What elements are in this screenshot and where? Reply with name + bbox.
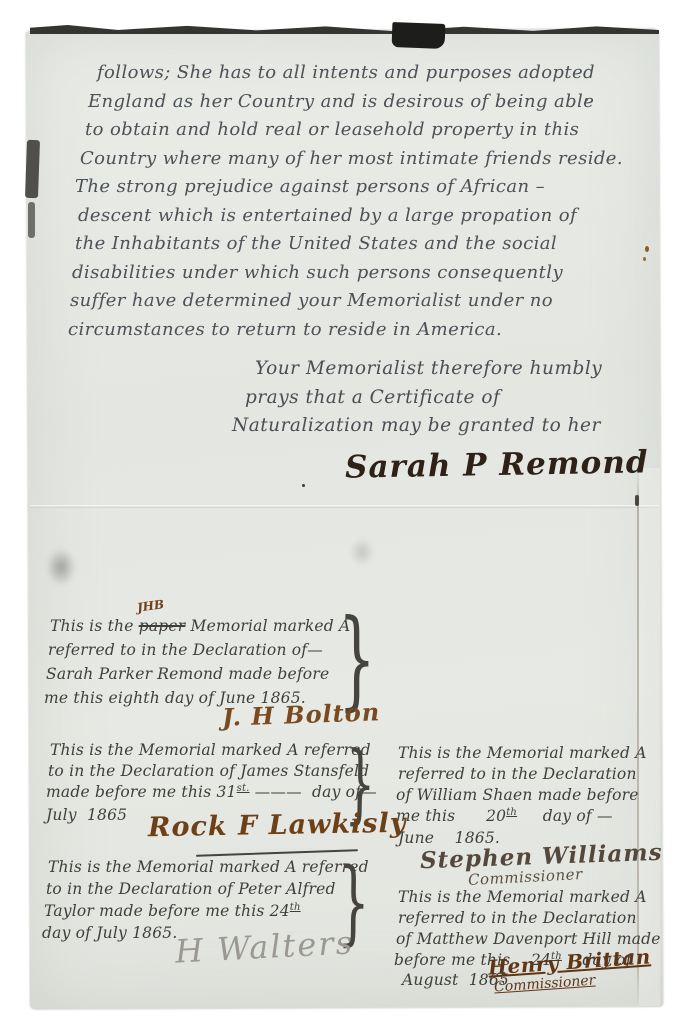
attestation-shaen-line1: This is the Memorial marked A: [398, 744, 647, 762]
attestation-text: Taylor made before me this: [44, 902, 270, 920]
attestation-bolton-line3: Sarah Parker Remond made before: [46, 665, 329, 683]
horizontal-fold-crease: [30, 505, 659, 508]
left-edge-tear-mark: [25, 140, 40, 198]
memorial-body-line: descent which is entertained by a large …: [78, 205, 577, 226]
memorial-body-line: suffer have determined your Memorialist …: [70, 290, 553, 311]
paper-speck: [643, 257, 646, 261]
attestation-text: Memorial marked A: [185, 617, 350, 635]
attestation-stansfeld-line2: to in the Declaration of James Stansfeld: [48, 762, 369, 780]
day-ordinal: th: [506, 807, 517, 818]
torn-top-edge: [30, 25, 659, 34]
attestation-bolton-line1: This is the paper Memorial marked A: [50, 617, 350, 635]
attestation-hill-line2: referred to in the Declaration: [398, 909, 637, 927]
signature-commissioner-stansfeld: Rock F Lawkisly: [148, 808, 407, 844]
attestation-stansfeld-line1: This is the Memorial marked A referred: [50, 741, 371, 759]
day-number: 31: [216, 783, 236, 801]
memorial-body-line: England as her Country and is desirous o…: [88, 91, 594, 112]
paper-speck: [645, 246, 649, 252]
memorial-body-line: Country where many of her most intimate …: [80, 148, 623, 169]
ink-dot: [302, 484, 305, 487]
memorial-prayer-line: Your Memorialist therefore humbly: [255, 358, 602, 379]
memorial-body-line: follows; She has to all intents and purp…: [97, 62, 595, 83]
attestation-shaen-line3: of William Shaen made before: [396, 786, 639, 804]
day-number: 20: [486, 807, 506, 825]
left-edge-tear-mark-small: [28, 202, 35, 238]
day-ordinal: st.: [237, 783, 250, 794]
attestation-taylor-line1: This is the Memorial marked A referred: [48, 858, 369, 876]
memorial-prayer-line: Naturalization may be granted to her: [232, 415, 601, 436]
signature-bolton: J. H Bolton: [222, 697, 381, 732]
memorial-body-line: the Inhabitants of the United States and…: [75, 233, 557, 254]
attestation-taylor-line4: day of July 1865.: [42, 924, 177, 942]
attestation-text: This is the: [50, 617, 139, 635]
torn-top-notch: [392, 22, 446, 49]
attestation-shaen-line4: me this 20th day of —: [396, 807, 613, 825]
memorial-body-line: to obtain and hold real or leasehold pro…: [85, 119, 579, 140]
faint-smudge: [350, 538, 374, 566]
memorial-prayer-line: prays that a Certificate of: [245, 387, 500, 408]
fold-light-band: [639, 468, 660, 1006]
attestation-shaen-line2: referred to in the Declaration: [398, 765, 637, 783]
attestation-text: day of —: [517, 807, 613, 825]
attestation-stansfeld-line3: made before me this 31st. ——— day of—: [46, 783, 377, 801]
day-ordinal: th: [290, 902, 301, 913]
day-number: 24: [270, 902, 290, 920]
attestation-text: me this: [396, 807, 486, 825]
attestation-taylor-line3: Taylor made before me this 24th: [44, 902, 301, 920]
scanned-document-page: follows; She has to all intents and purp…: [0, 0, 687, 1024]
attestation-hill-line1: This is the Memorial marked A: [398, 888, 647, 906]
attestation-bolton-line2: referred to in the Declaration of—: [48, 641, 323, 659]
memorial-body-line: disabilities under which such persons co…: [72, 262, 563, 283]
attestation-taylor-line2: to in the Declaration of Peter Alfred: [46, 880, 336, 898]
struck-word: paper: [139, 617, 186, 635]
attestation-stansfeld-line4: July 1865: [46, 806, 127, 824]
signature-sarah-remond: Sarah P Remond: [345, 444, 649, 485]
ink-smudge: [46, 548, 76, 586]
memorial-body-line: circumstances to return to reside in Ame…: [68, 319, 502, 340]
memorial-body-line: The strong prejudice against persons of …: [75, 176, 545, 197]
attestation-text: made before me this: [46, 783, 216, 801]
